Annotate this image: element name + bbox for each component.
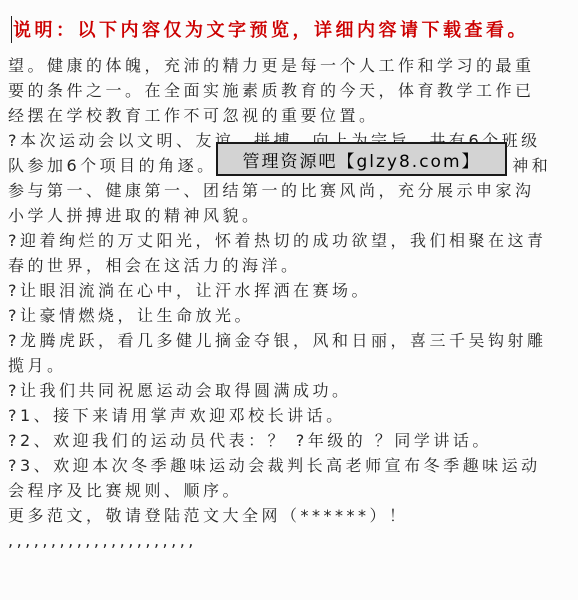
doc-line: ?3、欢迎本次冬季趣味运动会裁判长高老师宣布冬季趣味运动 [8, 453, 574, 478]
doc-line: ?迎着绚烂的万丈阳光，怀着热切的成功欲望，我们相聚在这青 [8, 228, 574, 253]
watermark-stamp: 管理资源吧【glzy8.com】 [216, 142, 507, 176]
doc-line: 参与第一、健康第一、团结第一的比赛风尚，充分展示申家沟 [8, 178, 574, 203]
preview-notice: 说明：以下内容仅为文字预览，详细内容请下载查看。 [13, 16, 529, 42]
doc-line: ?让我们共同祝愿运动会取得圆满成功。 [8, 378, 574, 403]
doc-line: ?龙腾虎跃，看几多健儿摘金夺银，风和日丽，喜三千吴钩射雕 [8, 328, 574, 353]
doc-line: ?让眼泪流淌在心中，让汗水挥洒在赛场。 [8, 278, 574, 303]
doc-line: 经摆在学校教育工作不可忽视的重要位置。 [8, 103, 574, 128]
doc-line: 春的世界，相会在这活力的海洋。 [8, 253, 574, 278]
document-body[interactable]: 望。健康的体魄，充沛的精力更是每一个人工作和学习的最重 要的条件之一。在全面实施… [8, 53, 574, 553]
doc-line: 会程序及比赛规则、顺序。 [8, 478, 574, 503]
doc-line: 小学人拼搏进取的精神风貌。 [8, 203, 574, 228]
obscured-line-after: 神和 [512, 156, 551, 175]
doc-line: 要的条件之一。在全面实施素质教育的今天，体育教学工作已 [8, 78, 574, 103]
doc-line: ?1、接下来请用掌声欢迎邓校长讲话。 [8, 403, 574, 428]
doc-line: ?2、欢迎我们的运动员代表：？ ?年级的 ？同学讲话。 [8, 428, 574, 453]
watermark-text: 管理资源吧【glzy8.com】 [242, 147, 480, 172]
doc-line: 揽月。 [8, 353, 574, 378]
document-preview-page: 说明：以下内容仅为文字预览，详细内容请下载查看。 望。健康的体魄，充沛的精力更是… [0, 0, 578, 600]
doc-line-dots: ,,,,,,,,,,,,,,,,,,,,,, [8, 528, 574, 553]
doc-line: ?让豪情燃烧，让生命放光。 [8, 303, 574, 328]
text-cursor [11, 16, 12, 43]
obscured-line-before: 队参加6个项目的角逐。他 [8, 156, 236, 175]
doc-line: 更多范文，敬请登陆范文大全网（******）！ [8, 503, 574, 528]
doc-line: 望。健康的体魄，充沛的精力更是每一个人工作和学习的最重 [8, 53, 574, 78]
